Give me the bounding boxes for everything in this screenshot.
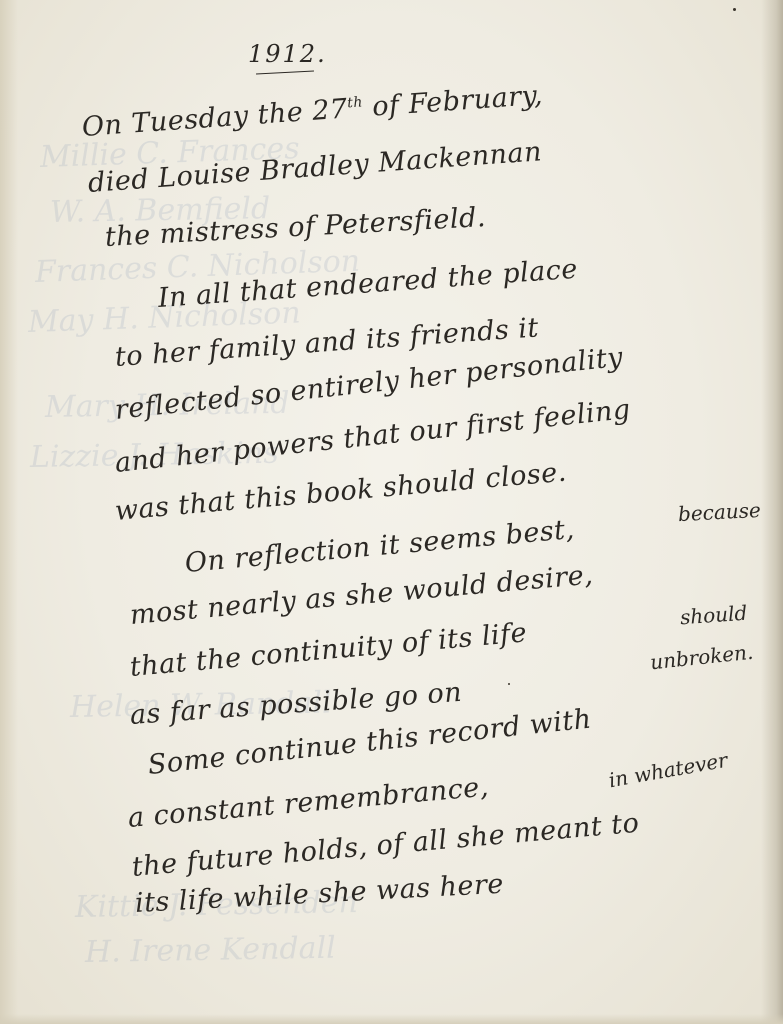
year-heading: 1912.	[248, 40, 327, 68]
inserted-word: unbroken.	[649, 640, 754, 675]
manuscript-line: that the continuity of its life	[129, 617, 529, 683]
line-text-tail: of February,	[362, 80, 544, 123]
inserted-word: should	[679, 601, 748, 630]
ink-mark	[733, 8, 736, 11]
page-edge-bottom	[0, 1014, 783, 1024]
manuscript-page: Millie C. Frances W. A. Bemfield Frances…	[0, 0, 783, 1024]
bleed-through-line: H. Irene Kendall	[85, 931, 336, 970]
inserted-word: in whatever	[607, 748, 729, 792]
page-edge-right	[761, 0, 783, 1024]
year-underline	[256, 70, 314, 74]
inserted-word: because	[677, 498, 761, 526]
ink-mark	[508, 683, 510, 685]
manuscript-line: On Tuesday the 27th of February,	[81, 80, 544, 143]
ordinal-superscript: th	[347, 94, 364, 111]
